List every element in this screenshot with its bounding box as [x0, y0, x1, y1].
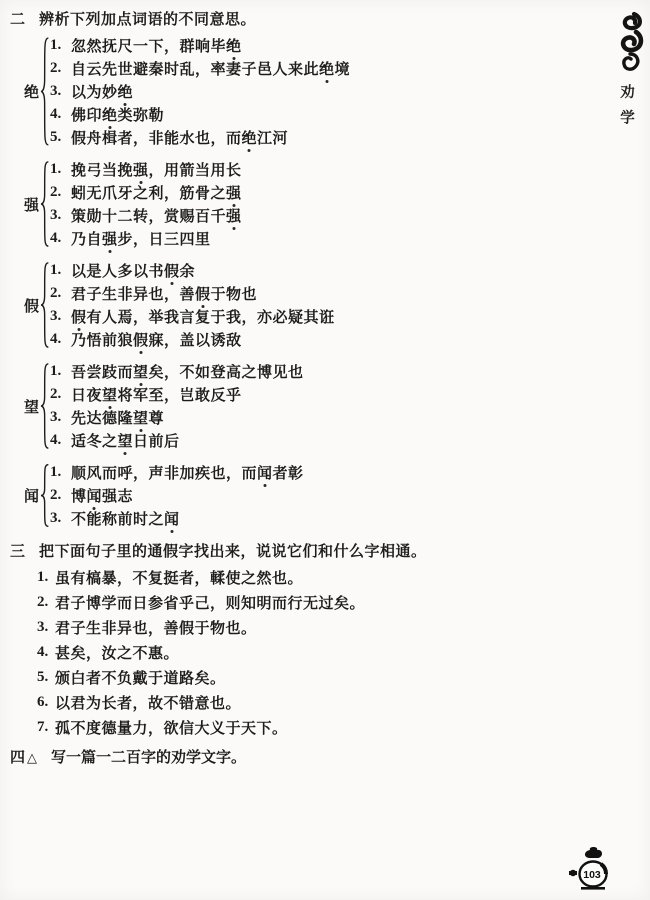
item-sentence: 蚓无爪牙之利，筋骨之强 [71, 182, 242, 203]
analyze-item: 3.策勋十二转，赏赐百千强 [50, 204, 602, 227]
item-sentence: 以君为长者，故不错意也。 [55, 692, 241, 713]
emphasized-char: 闻 [257, 462, 273, 483]
word-group: 假1.以是人多以书假余2.君子生非异也，善假于物也3.假有人焉，举我言复于我，亦… [24, 259, 602, 351]
emphasized-char: 望 [102, 384, 118, 405]
tongjiazi-item: 3.君子生非异也，善假于物也。 [37, 615, 602, 640]
item-number: 6. [37, 694, 55, 711]
analyze-item: 3.以为妙绝 [50, 80, 602, 103]
item-sentence: 君子博学而日参省乎己，则知明而行无过矣。 [55, 592, 365, 613]
textbook-page: 二 辨析下列加点词语的不同意思。 绝1.忽然抚尺一下，群响毕绝2.自云先世避秦时… [0, 0, 650, 900]
section4-task-text: 写一篇一二百字的劝学文字。 [51, 746, 246, 767]
section-analyze-words: 二 辨析下列加点词语的不同意思。 绝1.忽然抚尺一下，群响毕绝2.自云先世避秦时… [10, 8, 602, 530]
group-item-list: 1.吾尝跂而望矣，不如登高之博见也2.日夜望将军至，岂敢反乎3.先达德隆望尊4.… [50, 360, 602, 452]
emphasized-char: 强 [102, 228, 118, 249]
item-sentence: 以为妙绝 [71, 81, 133, 102]
item-number: 2. [50, 386, 71, 403]
emphasized-char: 强 [226, 182, 242, 203]
section-writing-task: 四 △ 写一篇一二百字的劝学文字。 [10, 746, 602, 767]
item-number: 2. [37, 594, 55, 611]
item-sentence: 不能称前时之闻 [71, 508, 180, 529]
item-sentence: 博闻强志 [71, 485, 133, 506]
section2-title: 辨析下列加点词语的不同意思。 [39, 8, 602, 29]
group-headword: 绝 [24, 81, 40, 102]
analyze-item: 4.佛印绝类弥勒 [50, 103, 602, 126]
group-item-list: 1.挽弓当挽强，用箭当用长2.蚓无爪牙之利，筋骨之强3.策勋十二转，赏赐百千强4… [50, 158, 602, 250]
item-number: 3. [37, 619, 55, 636]
item-sentence: 适冬之望日前后 [71, 430, 180, 451]
analyze-item: 2.蚓无爪牙之利，筋骨之强 [50, 181, 602, 204]
item-sentence: 吾尝跂而望矣，不如登高之博见也 [71, 361, 304, 382]
page-number-ornament: 103 [568, 846, 614, 892]
word-group: 绝1.忽然抚尺一下，群响毕绝2.自云先世避秦时乱，率妻子邑人来此绝境3.以为妙绝… [24, 34, 602, 149]
item-sentence: 顺风而呼，声非加疾也，而闻者彰 [71, 462, 304, 483]
item-number: 1. [50, 262, 71, 279]
analyze-item: 1.忽然抚尺一下，群响毕绝 [50, 34, 602, 57]
emphasized-char: 假 [133, 329, 149, 350]
group-headword: 假 [24, 295, 40, 316]
item-sentence: 甚矣，汝之不惠。 [55, 642, 179, 663]
optional-triangle-marker: △ [27, 750, 37, 766]
item-sentence: 以是人多以书假余 [71, 260, 195, 281]
section-tongjiazi: 三 把下面句子里的通假字找出来，说说它们和什么字相通。 1.虽有槁暴，不复挺者，… [10, 540, 602, 740]
emphasized-char: 绝 [102, 104, 118, 125]
analyze-item: 3.不能称前时之闻 [50, 507, 602, 530]
emphasized-char: 望 [133, 361, 149, 382]
item-sentence: 乃悟前狼假寐，盖以诱敌 [71, 329, 242, 350]
item-sentence: 孤不度德量力，欲信大义于天下。 [55, 717, 288, 738]
emphasized-char: 假 [71, 306, 87, 327]
emphasized-char: 望 [118, 430, 134, 451]
item-number: 2. [50, 487, 71, 504]
section2-number: 二 [10, 8, 30, 29]
analyze-item: 4.适冬之望日前后 [50, 429, 602, 452]
item-number: 1. [50, 363, 71, 380]
emphasized-char: 假 [195, 283, 211, 304]
item-number: 5. [50, 129, 71, 146]
item-sentence: 君子生非异也，善假于物也 [71, 283, 257, 304]
group-item-list: 1.忽然抚尺一下，群响毕绝2.自云先世避秦时乱，率妻子邑人来此绝境3.以为妙绝4… [50, 34, 602, 149]
item-number: 3. [50, 207, 71, 224]
item-sentence: 假舟楫者，非能水也，而绝江河 [71, 127, 288, 148]
emphasized-char: 强 [226, 205, 242, 226]
word-group: 望1.吾尝跂而望矣，不如登高之博见也2.日夜望将军至，岂敢反乎3.先达德隆望尊4… [24, 360, 602, 452]
item-sentence: 自云先世避秦时乱，率妻子邑人来此绝境 [71, 58, 350, 79]
item-number: 1. [50, 161, 71, 178]
emphasized-char: 望 [133, 407, 149, 428]
tongjiazi-item: 4.甚矣，汝之不惠。 [37, 640, 602, 665]
analyze-item: 2.自云先世避秦时乱，率妻子邑人来此绝境 [50, 57, 602, 80]
analyze-item: 3.先达德隆望尊 [50, 406, 602, 429]
item-sentence: 佛印绝类弥勒 [71, 104, 164, 125]
emphasized-char: 闻 [164, 508, 180, 529]
group-headword: 闻 [24, 485, 40, 506]
item-sentence: 策勋十二转，赏赐百千强 [71, 205, 242, 226]
emphasized-char: 绝 [319, 58, 335, 79]
emphasized-char: 绝 [242, 127, 258, 148]
word-group: 强1.挽弓当挽强，用箭当用长2.蚓无爪牙之利，筋骨之强3.策勋十二转，赏赐百千强… [24, 158, 602, 250]
item-number: 7. [37, 719, 55, 736]
group-item-list: 1.以是人多以书假余2.君子生非异也，善假于物也3.假有人焉，举我言复于我，亦必… [50, 259, 602, 351]
analyze-item: 2.日夜望将军至，岂敢反乎 [50, 383, 602, 406]
group-brace [40, 262, 49, 348]
page-content: 二 辨析下列加点词语的不同意思。 绝1.忽然抚尺一下，群响毕绝2.自云先世避秦时… [10, 8, 602, 767]
item-sentence: 乃自强步，日三四里 [71, 228, 211, 249]
item-sentence: 忽然抚尺一下，群响毕绝 [71, 35, 242, 56]
group-brace [40, 363, 49, 449]
analyze-item: 2.君子生非异也，善假于物也 [50, 282, 602, 305]
group-brace [40, 37, 49, 146]
word-groups: 绝1.忽然抚尺一下，群响毕绝2.自云先世避秦时乱，率妻子邑人来此绝境3.以为妙绝… [24, 34, 602, 530]
group-brace [40, 161, 49, 247]
item-number: 4. [50, 432, 71, 449]
item-number: 2. [50, 60, 71, 77]
emphasized-char: 绝 [118, 81, 134, 102]
item-sentence: 假有人焉，举我言复于我，亦必疑其诳 [71, 306, 335, 327]
item-sentence: 挽弓当挽强，用箭当用长 [71, 159, 242, 180]
item-number: 3. [50, 510, 71, 527]
group-item-list: 1.顺风而呼，声非加疾也，而闻者彰2.博闻强志3.不能称前时之闻 [50, 461, 602, 530]
analyze-item: 4.乃自强步，日三四里 [50, 227, 602, 250]
emphasized-char: 闻 [87, 485, 103, 506]
item-sentence: 颁白者不负戴于道路矣。 [55, 667, 226, 688]
group-headword: 强 [24, 194, 40, 215]
emphasized-char: 假 [164, 260, 180, 281]
analyze-item: 1.挽弓当挽强，用箭当用长 [50, 158, 602, 181]
analyze-item: 1.吾尝跂而望矣，不如登高之博见也 [50, 360, 602, 383]
tongjiazi-item: 7.孤不度德量力，欲信大义于天下。 [37, 715, 602, 740]
item-sentence: 虽有槁暴，不复挺者，輮使之然也。 [55, 567, 303, 588]
item-number: 1. [37, 569, 55, 586]
tongjiazi-item: 6.以君为长者，故不错意也。 [37, 690, 602, 715]
section3-title: 把下面句子里的通假字找出来，说说它们和什么字相通。 [39, 540, 602, 561]
item-number: 5. [37, 669, 55, 686]
item-number: 1. [50, 37, 71, 54]
section2-header: 二 辨析下列加点词语的不同意思。 [10, 8, 602, 29]
analyze-item: 4.乃悟前狼假寐，盖以诱敌 [50, 328, 602, 351]
lesson-title-vertical: 劝学 [616, 84, 637, 135]
emphasized-char: 绝 [226, 35, 242, 56]
tongjiazi-item: 2.君子博学而日参省乎己，则知明而行无过矣。 [37, 590, 602, 615]
item-sentence: 先达德隆望尊 [71, 407, 164, 428]
analyze-item: 2.博闻强志 [50, 484, 602, 507]
item-number: 4. [37, 644, 55, 661]
analyze-item: 1.以是人多以书假余 [50, 259, 602, 282]
item-number: 4. [50, 230, 71, 247]
section3-header: 三 把下面句子里的通假字找出来，说说它们和什么字相通。 [10, 540, 602, 561]
item-number: 3. [50, 308, 71, 325]
analyze-item: 3.假有人焉，举我言复于我，亦必疑其诳 [50, 305, 602, 328]
item-number: 3. [50, 83, 71, 100]
section3-number: 三 [10, 540, 30, 561]
item-sentence: 君子生非异也，善假于物也。 [55, 617, 257, 638]
section4-number: 四 [10, 746, 25, 767]
item-number: 2. [50, 184, 71, 201]
item-number: 1. [50, 464, 71, 481]
tongjiazi-item: 5.颁白者不负戴于道路矣。 [37, 665, 602, 690]
item-number: 3. [50, 409, 71, 426]
tongjiazi-item: 1.虽有槁暴，不复挺者，輮使之然也。 [37, 565, 602, 590]
item-number: 4. [50, 331, 71, 348]
word-group: 闻1.顺风而呼，声非加疾也，而闻者彰2.博闻强志3.不能称前时之闻 [24, 461, 602, 530]
item-sentence: 日夜望将军至，岂敢反乎 [71, 384, 242, 405]
item-number: 2. [50, 285, 71, 302]
group-brace [40, 464, 49, 527]
item-number: 4. [50, 106, 71, 123]
emphasized-char: 强 [133, 159, 149, 180]
group-headword: 望 [24, 396, 40, 417]
analyze-item: 5.假舟楫者，非能水也，而绝江河 [50, 126, 602, 149]
analyze-item: 1.顺风而呼，声非加疾也，而闻者彰 [50, 461, 602, 484]
section3-sentence-list: 1.虽有槁暴，不复挺者，輮使之然也。2.君子博学而日参省乎己，则知明而行无过矣。… [37, 565, 602, 740]
page-number: 103 [583, 869, 601, 881]
chapter-flourish-icon [613, 8, 647, 78]
